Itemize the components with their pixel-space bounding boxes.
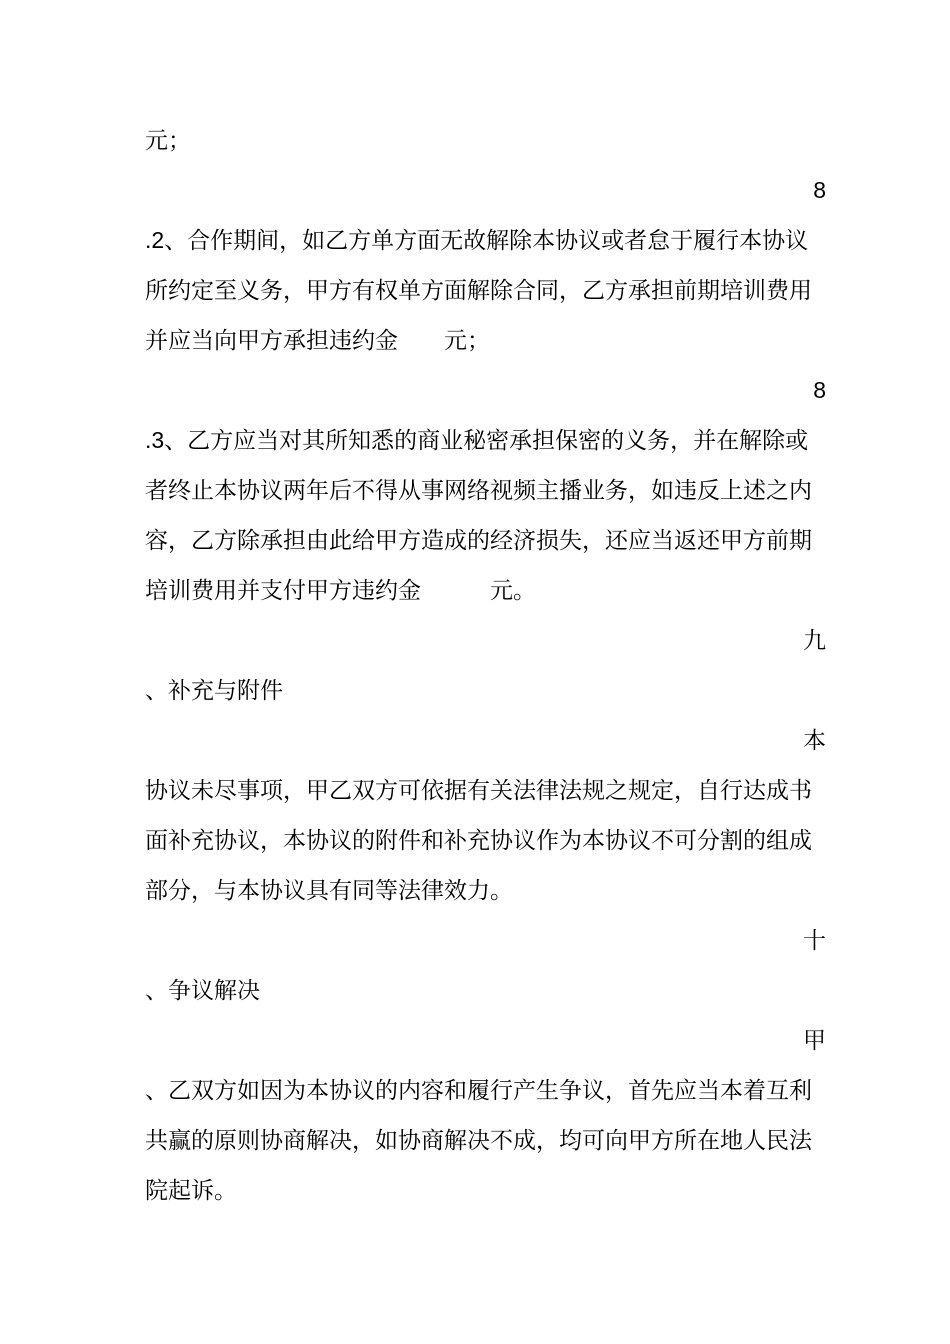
line-clause-3-part-2: 者终止本协议两年后不得从事网络视频主播业务，如违反上述之内 — [145, 465, 826, 515]
line-page-number-8-b: 8 — [145, 365, 826, 415]
line-section-10-number: 十 — [145, 915, 826, 965]
line-clause-3-part-4: 培训费用并支付甲方违约金 元。 — [145, 565, 826, 615]
document-page: 元； 8 .2、合作期间，如乙方单方面无故解除本协议或者怠于履行本协议 所约定至… — [0, 0, 950, 1344]
line-page-number-8-a: 8 — [145, 165, 826, 215]
line-para-ben-fragment: 本 — [145, 715, 826, 765]
line-clause-3-part-1: .3、乙方应当对其所知悉的商业秘密承担保密的义务，并在解除或 — [145, 415, 826, 465]
line-clause-3-part-3: 容，乙方除承担由此给甲方造成的经济损失，还应当返还甲方前期 — [145, 515, 826, 565]
line-clause-2-part-3: 并应当向甲方承担违约金 元； — [145, 315, 826, 365]
line-clause-2-part-2: 所约定至义务，甲方有权单方面解除合同，乙方承担前期培训费用 — [145, 265, 826, 315]
line-supplement-part-1: 协议未尽事项，甲乙双方可依据有关法律法规之规定，自行达成书 — [145, 765, 826, 815]
line-dispute-part-2: 共赢的原则协商解决，如协商解决不成，均可向甲方所在地人民法 — [145, 1115, 826, 1165]
line-yuan-fragment: 元； — [145, 115, 826, 165]
line-section-9-number: 九 — [145, 615, 826, 665]
line-section-9-title: 、补充与附件 — [145, 665, 826, 715]
line-clause-2-part-1: .2、合作期间，如乙方单方面无故解除本协议或者怠于履行本协议 — [145, 215, 826, 265]
line-section-10-title: 、争议解决 — [145, 965, 826, 1015]
line-para-jia-fragment: 甲 — [145, 1015, 826, 1065]
line-dispute-part-3: 院起诉。 — [145, 1165, 826, 1215]
document-text-block: 元； 8 .2、合作期间，如乙方单方面无故解除本协议或者怠于履行本协议 所约定至… — [145, 115, 826, 1215]
line-dispute-part-1: 、乙双方如因为本协议的内容和履行产生争议，首先应当本着互利 — [145, 1065, 826, 1115]
line-supplement-part-3: 部分，与本协议具有同等法律效力。 — [145, 865, 826, 915]
line-supplement-part-2: 面补充协议，本协议的附件和补充协议作为本协议不可分割的组成 — [145, 815, 826, 865]
